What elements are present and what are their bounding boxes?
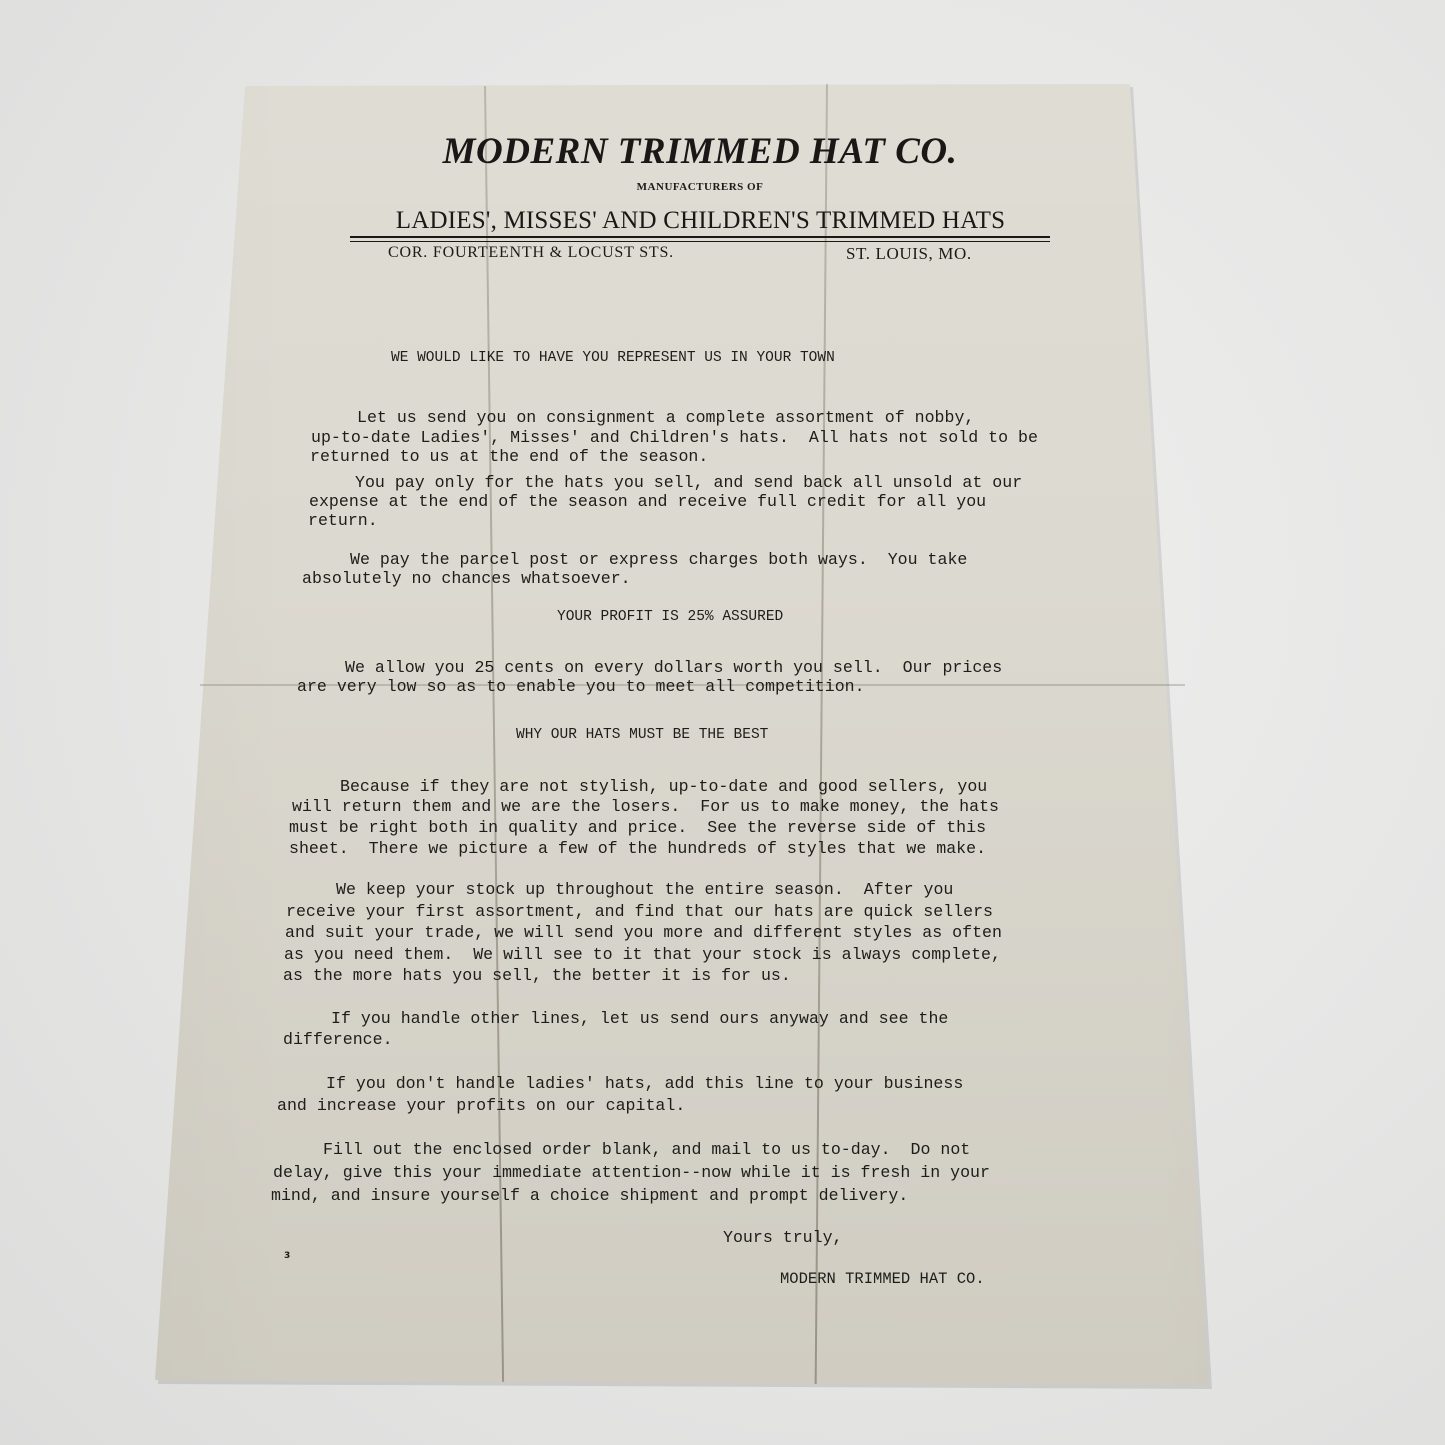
para-9-line-1: Fill out the enclosed order blank, and m… [323,1139,970,1160]
heading-represent: WE WOULD LIKE TO HAVE YOU REPRESENT US I… [391,350,835,366]
closing-signature: MODERN TRIMMED HAT CO. [780,1270,985,1288]
para-2-line-2: expense at the end of the season and rec… [309,491,986,512]
heading-profit: YOUR PROFIT IS 25% ASSURED [557,609,783,625]
para-5-line-1: Because if they are not stylish, up-to-d… [340,776,987,797]
para-5-line-3: must be right both in quality and price.… [289,817,986,838]
para-2-line-3: return. [308,510,378,531]
para-9-line-2: delay, give this your immediate attentio… [273,1162,990,1183]
street-address: COR. FOURTEENTH & LOCUST STS. [388,244,674,262]
para-4-line-2: are very low so as to enable you to meet… [297,676,865,697]
para-6-line-3: and suit your trade, we will send you mo… [285,922,1002,943]
closing-salutation: Yours truly, [723,1227,843,1248]
para-3-line-2: absolutely no chances whatsoever. [302,568,631,589]
para-9-line-3: mind, and insure yourself a choice shipm… [271,1185,908,1206]
para-4-line-1: We allow you 25 cents on every dollars w… [345,657,1002,678]
para-7-line-1: If you handle other lines, let us send o… [331,1008,948,1029]
letterhead-rule [350,236,1050,238]
page-number: 3 [284,1251,290,1261]
para-7-line-2: difference. [283,1029,393,1050]
letterhead-rule-thin [350,241,1050,242]
letter-content: MODERN TRIMMED HAT CO. MANUFACTURERS OF … [0,0,1445,1445]
para-5-line-4: sheet. There we picture a few of the hun… [289,838,986,859]
para-1-line-2: up-to-date Ladies', Misses' and Children… [311,427,1038,448]
city-address: ST. LOUIS, MO. [846,244,972,264]
para-6-line-1: We keep your stock up throughout the ent… [336,879,953,900]
para-1-line-1: Let us send you on consignment a complet… [357,407,974,428]
company-name: MODERN TRIMMED HAT CO. [380,130,1020,173]
heading-why-best: WHY OUR HATS MUST BE THE BEST [516,727,768,743]
para-2-line-1: You pay only for the hats you sell, and … [355,472,1022,493]
para-6-line-4: as you need them. We will see to it that… [284,944,1001,965]
para-8-line-1: If you don't handle ladies' hats, add th… [326,1073,963,1094]
para-5-line-2: will return them and we are the losers. … [292,796,999,817]
para-8-line-2: and increase your profits on our capital… [277,1095,685,1116]
para-6-line-2: receive your first assortment, and find … [286,901,993,922]
product-line: LADIES', MISSES' AND CHILDREN'S TRIMMED … [348,207,1053,235]
para-6-line-5: as the more hats you sell, the better it… [283,965,791,986]
para-1-line-3: returned to us at the end of the season. [310,446,708,467]
para-3-line-1: We pay the parcel post or express charge… [350,549,967,570]
letterhead-subtitle: MANUFACTURERS OF [500,181,900,193]
